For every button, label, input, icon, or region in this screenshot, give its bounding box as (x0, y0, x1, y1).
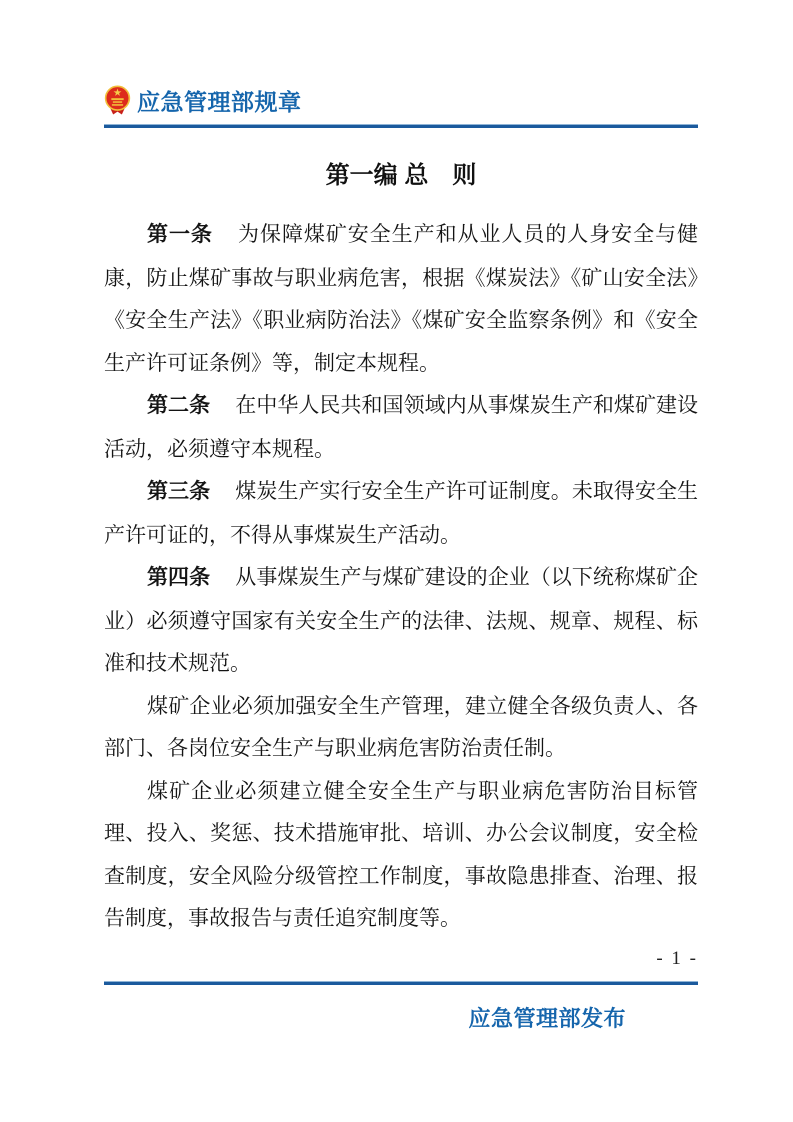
article-number-label: 第二条 (147, 394, 210, 417)
header-brand: 应急管理部规章 (104, 84, 698, 117)
article-paragraph: 第三条煤炭生产实行安全生产许可证制度。未取得安全生产许可证的，不得从事煤炭生产活… (104, 470, 698, 556)
article-paragraph: 第二条在中华人民共和国领域内从事煤炭生产和煤矿建设活动，必须遵守本规程。 (104, 384, 698, 470)
page-header: 应急管理部规章 (104, 84, 698, 128)
article-number-label: 第四条 (147, 566, 210, 589)
document-page: 应急管理部规章 第一编 总 则 第一条为保障煤矿安全生产和从业人员的人身安全与健… (0, 0, 793, 1122)
publisher-label: 应急管理部发布 (104, 1002, 698, 1033)
article-paragraph: 煤矿企业必须建立健全安全生产与职业病危害防治目标管理、投入、奖惩、技术措施审批、… (104, 770, 698, 940)
article-number-label: 第一条 (147, 223, 213, 246)
section-title: 第一编 总 则 (104, 155, 698, 190)
national-emblem-icon (104, 85, 131, 116)
article-paragraph: 煤矿企业必须加强安全生产管理，建立健全各级负责人、各部门、各岗位安全生产与职业病… (104, 685, 698, 770)
document-paragraphs: 第一条为保障煤矿安全生产和从业人员的人身安全与健康，防止煤矿事故与职业病危害，根… (104, 213, 698, 940)
footer-divider (104, 981, 698, 985)
header-agency-label: 应急管理部规章 (137, 84, 302, 117)
page-number: - 1 - (104, 946, 698, 972)
article-paragraph: 第一条为保障煤矿安全生产和从业人员的人身安全与健康，防止煤矿事故与职业病危害，根… (104, 213, 698, 384)
header-divider (104, 124, 698, 128)
page-content: 应急管理部规章 第一编 总 则 第一条为保障煤矿安全生产和从业人员的人身安全与健… (104, 0, 698, 940)
page-footer: - 1 - 应急管理部发布 (104, 946, 698, 1033)
article-number-label: 第三条 (147, 480, 210, 503)
article-paragraph: 第四条从事煤炭生产与煤矿建设的企业（以下统称煤矿企业）必须遵守国家有关安全生产的… (104, 556, 698, 685)
